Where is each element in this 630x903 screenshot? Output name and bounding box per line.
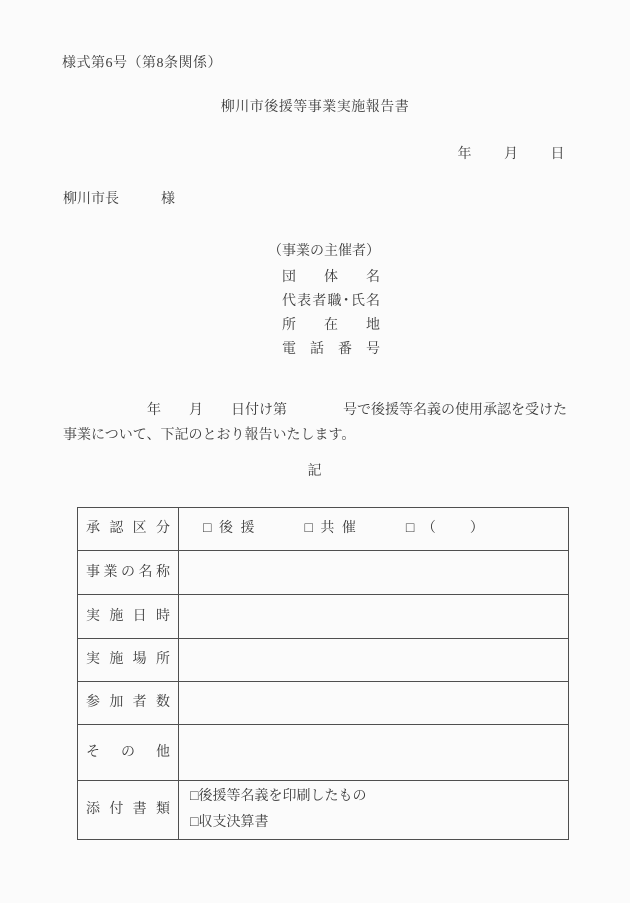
row-label-approval-category: 承認区分 <box>78 508 179 551</box>
table-row-attached-documents: 添付書類 □後援等名義を印刷したもの □収支決算書 <box>78 781 569 840</box>
approval-category-options: □ 後 援 □ 共 催 □ （ ） <box>179 508 569 551</box>
body-paragraph-line1: 年 月 日付け第 号で後援等名義の使用承認を受けた <box>63 398 569 423</box>
addressee-mayor: 柳川市長 様 <box>63 193 175 207</box>
organizer-heading: （事業の主催者） <box>268 240 380 264</box>
organizer-field-address: 所在地 <box>282 314 380 338</box>
row-label-other: その他 <box>78 725 179 781</box>
body-paragraph-line2: 事業について、下記のとおり報告いたします。 <box>63 423 569 448</box>
attached-documents-value-cell: □後援等名義を印刷したもの □収支決算書 <box>179 781 569 840</box>
document-title: 柳川市後援等事業実施報告書 <box>0 101 630 115</box>
report-table: 承認区分 □ 後 援 □ 共 催 □ （ ） 事業の名称 実施日時 実施場所 参… <box>77 507 569 840</box>
project-name-value-cell <box>179 551 569 595</box>
organizer-field-representative: 代表者職･氏名 <box>282 290 380 314</box>
location-value-cell <box>179 639 569 682</box>
other-value-cell <box>179 725 569 781</box>
attached-document-option-printed-name: □後援等名義を印刷したもの <box>190 784 568 810</box>
table-row-date-time: 実施日時 <box>78 595 569 639</box>
document-page: 様式第6号（第8条関係） 柳川市後援等事業実施報告書 年 月 日 柳川市長 様 … <box>0 0 630 903</box>
table-row-participants: 参加者数 <box>78 682 569 725</box>
table-row-approval-category: 承認区分 □ 後 援 □ 共 催 □ （ ） <box>78 508 569 551</box>
organizer-field-group-name: 団体名 <box>282 266 380 290</box>
attached-document-option-financial-statement: □収支決算書 <box>190 810 568 836</box>
row-label-attached-documents: 添付書類 <box>78 781 179 840</box>
form-number: 様式第6号（第8条関係） <box>62 57 222 71</box>
organizer-field-phone: 電話番号 <box>282 338 380 362</box>
row-label-project-name: 事業の名称 <box>78 551 179 595</box>
date-line: 年 月 日 <box>458 148 567 162</box>
row-label-participants: 参加者数 <box>78 682 179 725</box>
row-label-date-time: 実施日時 <box>78 595 179 639</box>
body-paragraph: 年 月 日付け第 号で後援等名義の使用承認を受けた 事業について、下記のとおり報… <box>63 398 569 448</box>
ki-heading: 記 <box>0 465 630 479</box>
table-row-location: 実施場所 <box>78 639 569 682</box>
date-time-value-cell <box>179 595 569 639</box>
organizer-block: （事業の主催者） 団体名 代表者職･氏名 所在地 電話番号 <box>268 240 380 362</box>
participants-value-cell <box>179 682 569 725</box>
table-row-other: その他 <box>78 725 569 781</box>
row-label-location: 実施場所 <box>78 639 179 682</box>
table-row-project-name: 事業の名称 <box>78 551 569 595</box>
